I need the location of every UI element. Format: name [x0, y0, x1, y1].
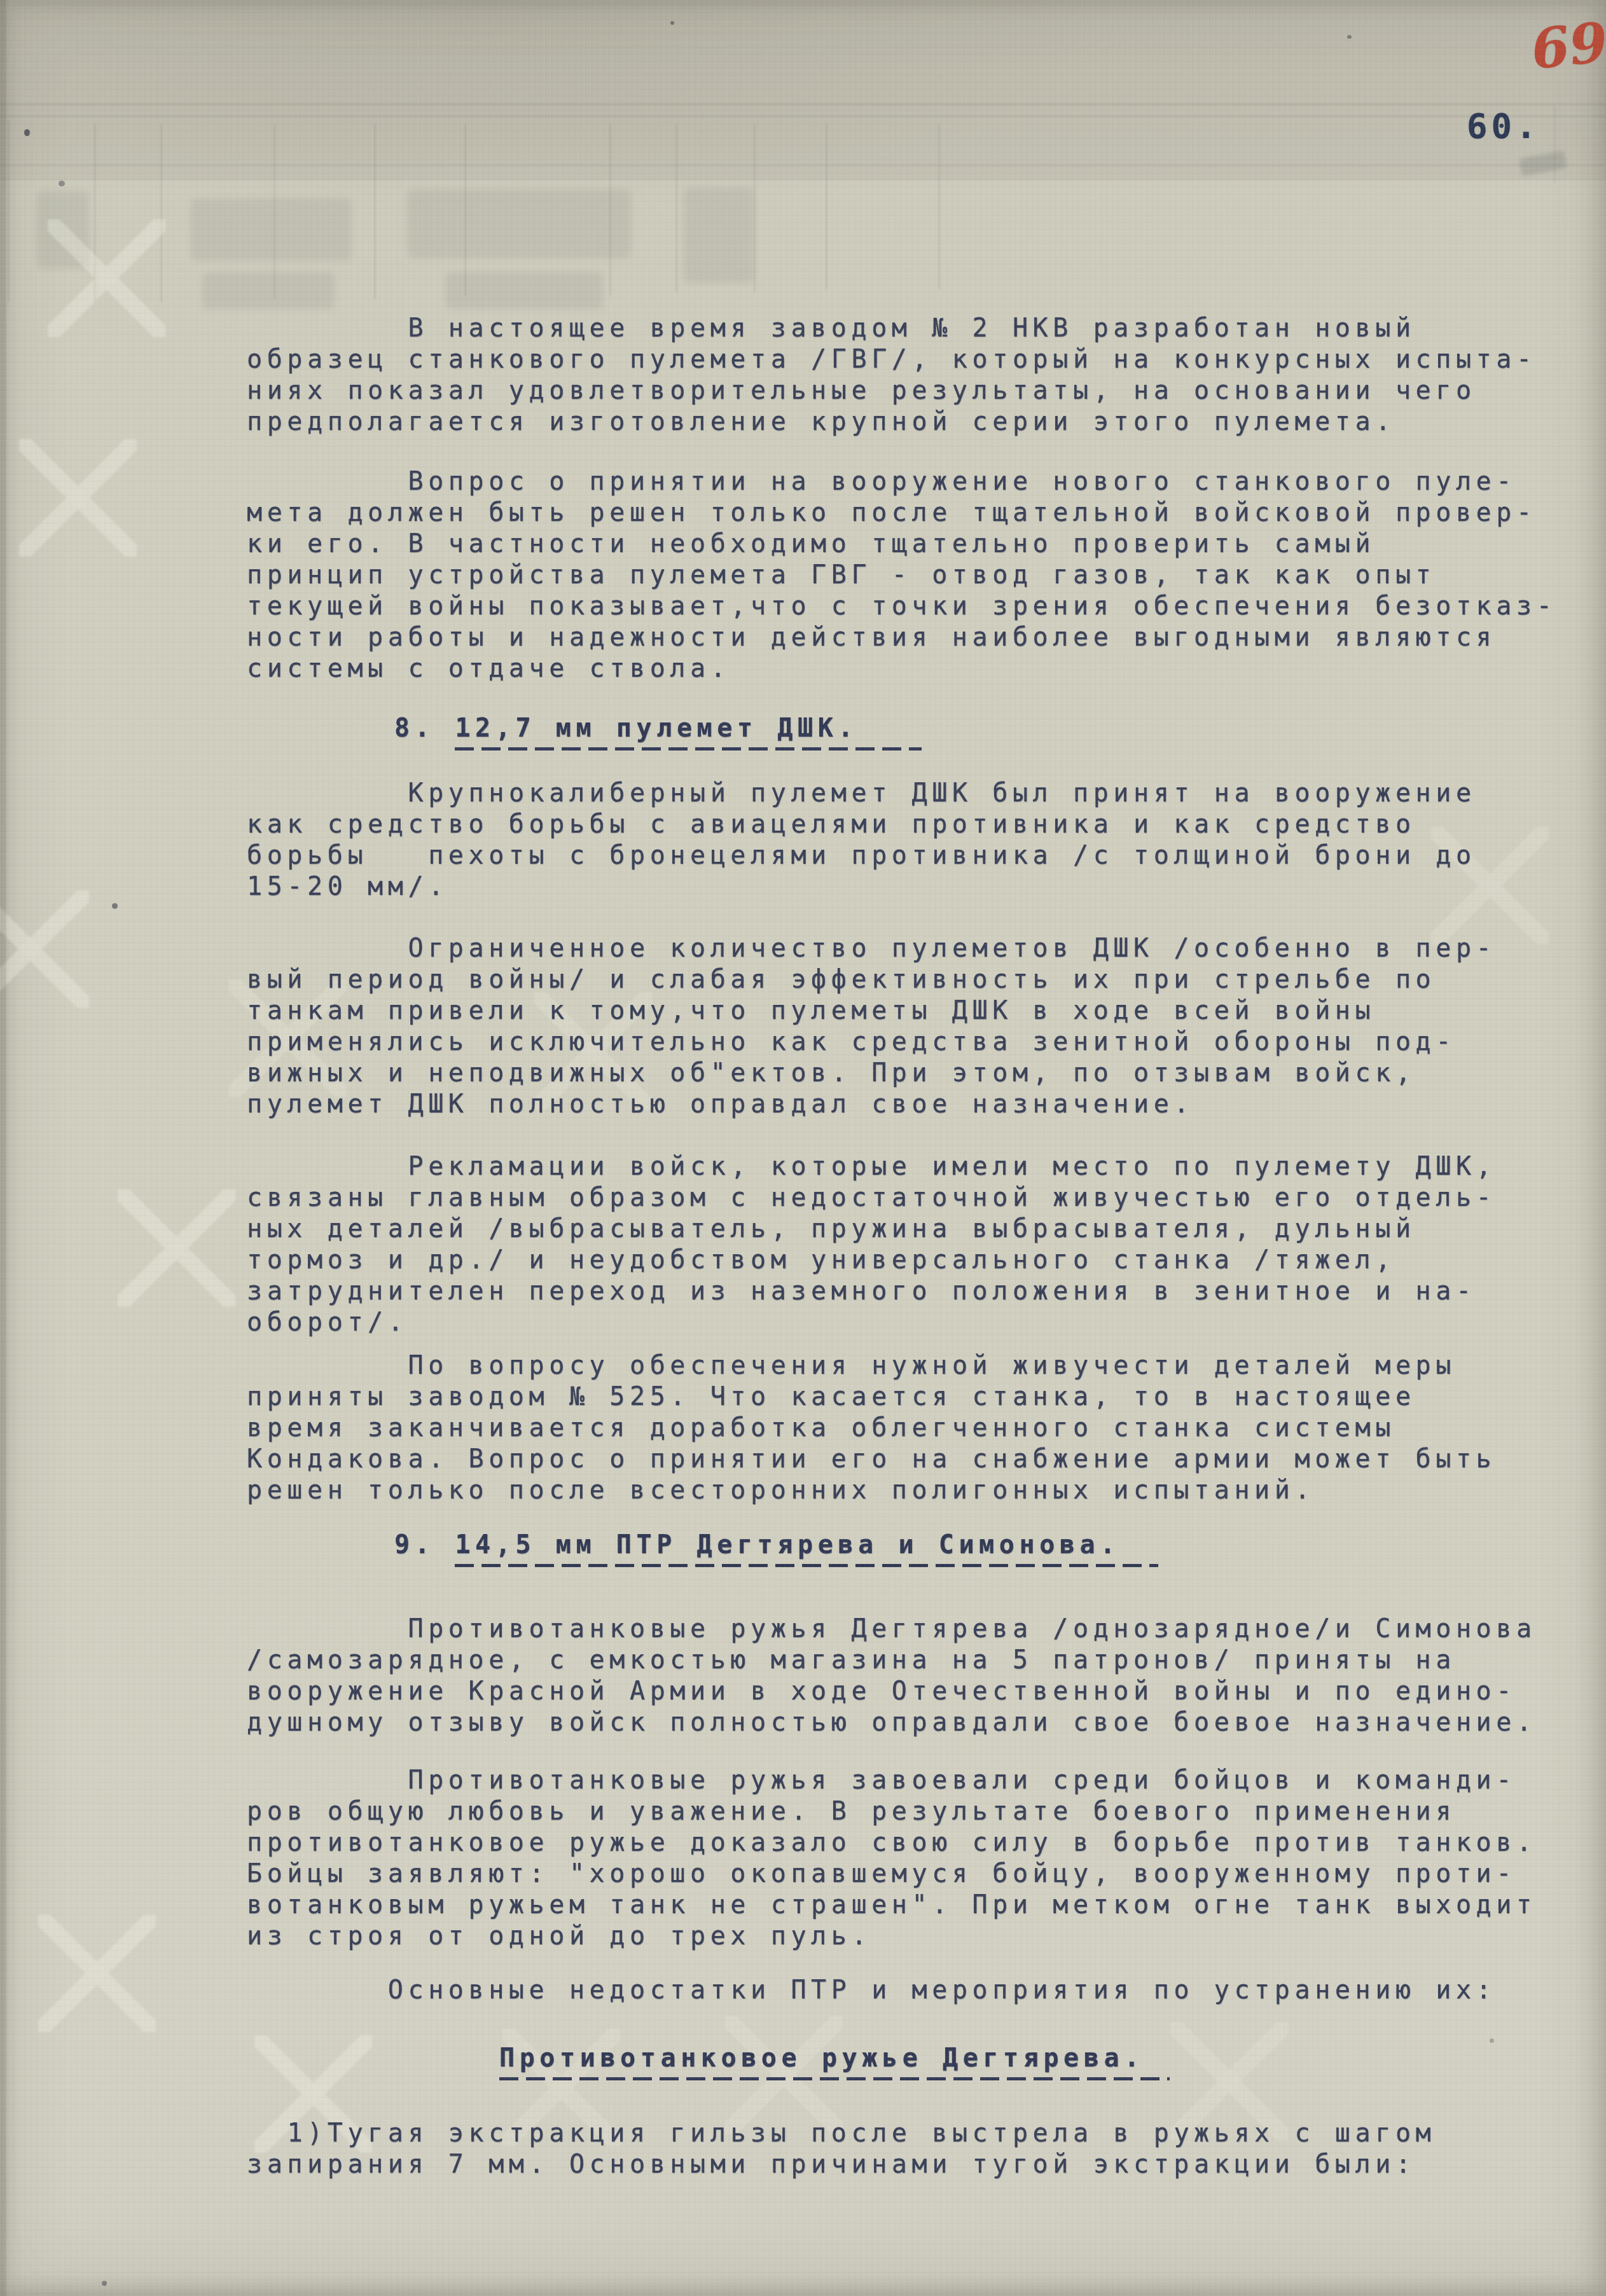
ink-speck: [102, 2281, 107, 2286]
heading-ptr-degtyarev: Противотанковое ружье Дегтярева.: [499, 2043, 1170, 2074]
bleedthrough-column: [826, 124, 827, 289]
typed-page-number: 60.: [1467, 109, 1540, 144]
ink-speck: [59, 181, 65, 186]
paragraph-ptr-extraction: 1)Тугая экстракция гильзы после выстрела…: [247, 2118, 1577, 2180]
watermark-cross: [48, 219, 165, 337]
paragraph-dshk-usage: Ограниченное количество пулеметов ДШК /о…: [247, 933, 1577, 1120]
document-page: 69 60. В настоящее время заводом № 2 НКВ…: [0, 0, 1606, 2296]
bleedthrough-column: [675, 124, 677, 293]
bleedthrough-column: [754, 124, 756, 293]
heading-ptr-degtyarev-title: Противотанковое ружье Дегтярева.: [499, 2044, 1170, 2080]
paragraph-dshk-complaints: Рекламации войск, которые имели место по…: [247, 1151, 1577, 1338]
section-8-title: 12,7 мм пулемет ДШК.: [455, 714, 922, 750]
bleedthrough-column: [1554, 107, 1556, 183]
ink-speck: [670, 21, 674, 25]
ink-speck: [1347, 35, 1352, 39]
paragraph-ptr-adoption: Противотанковые ружья Дегтярева /однозар…: [247, 1614, 1577, 1738]
section-9-heading: 9.14,5 мм ПТР Дегтярева и Симонова.: [394, 1530, 1158, 1561]
paragraph-ptr-combat: Противотанковые ружья завоевали среди бо…: [247, 1765, 1577, 1952]
watermark-cross: [0, 890, 89, 1008]
ink-speck: [112, 903, 118, 909]
ink-speck: [1490, 2038, 1494, 2043]
scan-top-shading: [0, 0, 1606, 180]
watermark-cross: [19, 439, 137, 557]
paragraph-gvg-adoption: Вопрос о принятии на вооружение нового с…: [247, 466, 1577, 684]
watermark-cross: [38, 1914, 156, 2032]
bleedthrough-text-smudge: [407, 190, 631, 258]
bleedthrough-column: [374, 124, 376, 299]
scan-edge: [0, 0, 6, 2296]
paragraph-dshk-measures: По вопросу обеспечения нужной живучести …: [247, 1350, 1577, 1506]
section-8-number: 8.: [394, 714, 434, 743]
bleedthrough-column: [8, 121, 10, 302]
bleedthrough-column: [938, 124, 940, 289]
ink-speck: [24, 129, 30, 136]
archive-page-number-red: 69: [1529, 15, 1606, 78]
bleedthrough-text-smudge: [202, 272, 335, 309]
bleedthrough-line: [0, 104, 1606, 106]
paragraph-dshk-adoption: Крупнокалиберный пулемет ДШК был принят …: [247, 778, 1577, 902]
watermark-cross: [118, 1189, 235, 1307]
paragraph-gvg-intro: В настоящее время заводом № 2 НКВ разраб…: [247, 313, 1577, 438]
line-ptr-defects-intro: Основные недостатки ПТР и мероприятия по…: [247, 1975, 1577, 2006]
bleedthrough-line: [0, 115, 1606, 117]
bleedthrough-text-smudge: [684, 188, 754, 283]
bleedthrough-line: [0, 164, 1606, 166]
section-9-title: 14,5 мм ПТР Дегтярева и Симонова.: [455, 1530, 1158, 1567]
section-8-heading: 8.12,7 мм пулемет ДШК.: [394, 713, 922, 744]
bleedthrough-text-smudge: [191, 198, 351, 261]
bleedthrough-text-smudge: [445, 272, 603, 309]
section-9-number: 9.: [394, 1530, 434, 1559]
